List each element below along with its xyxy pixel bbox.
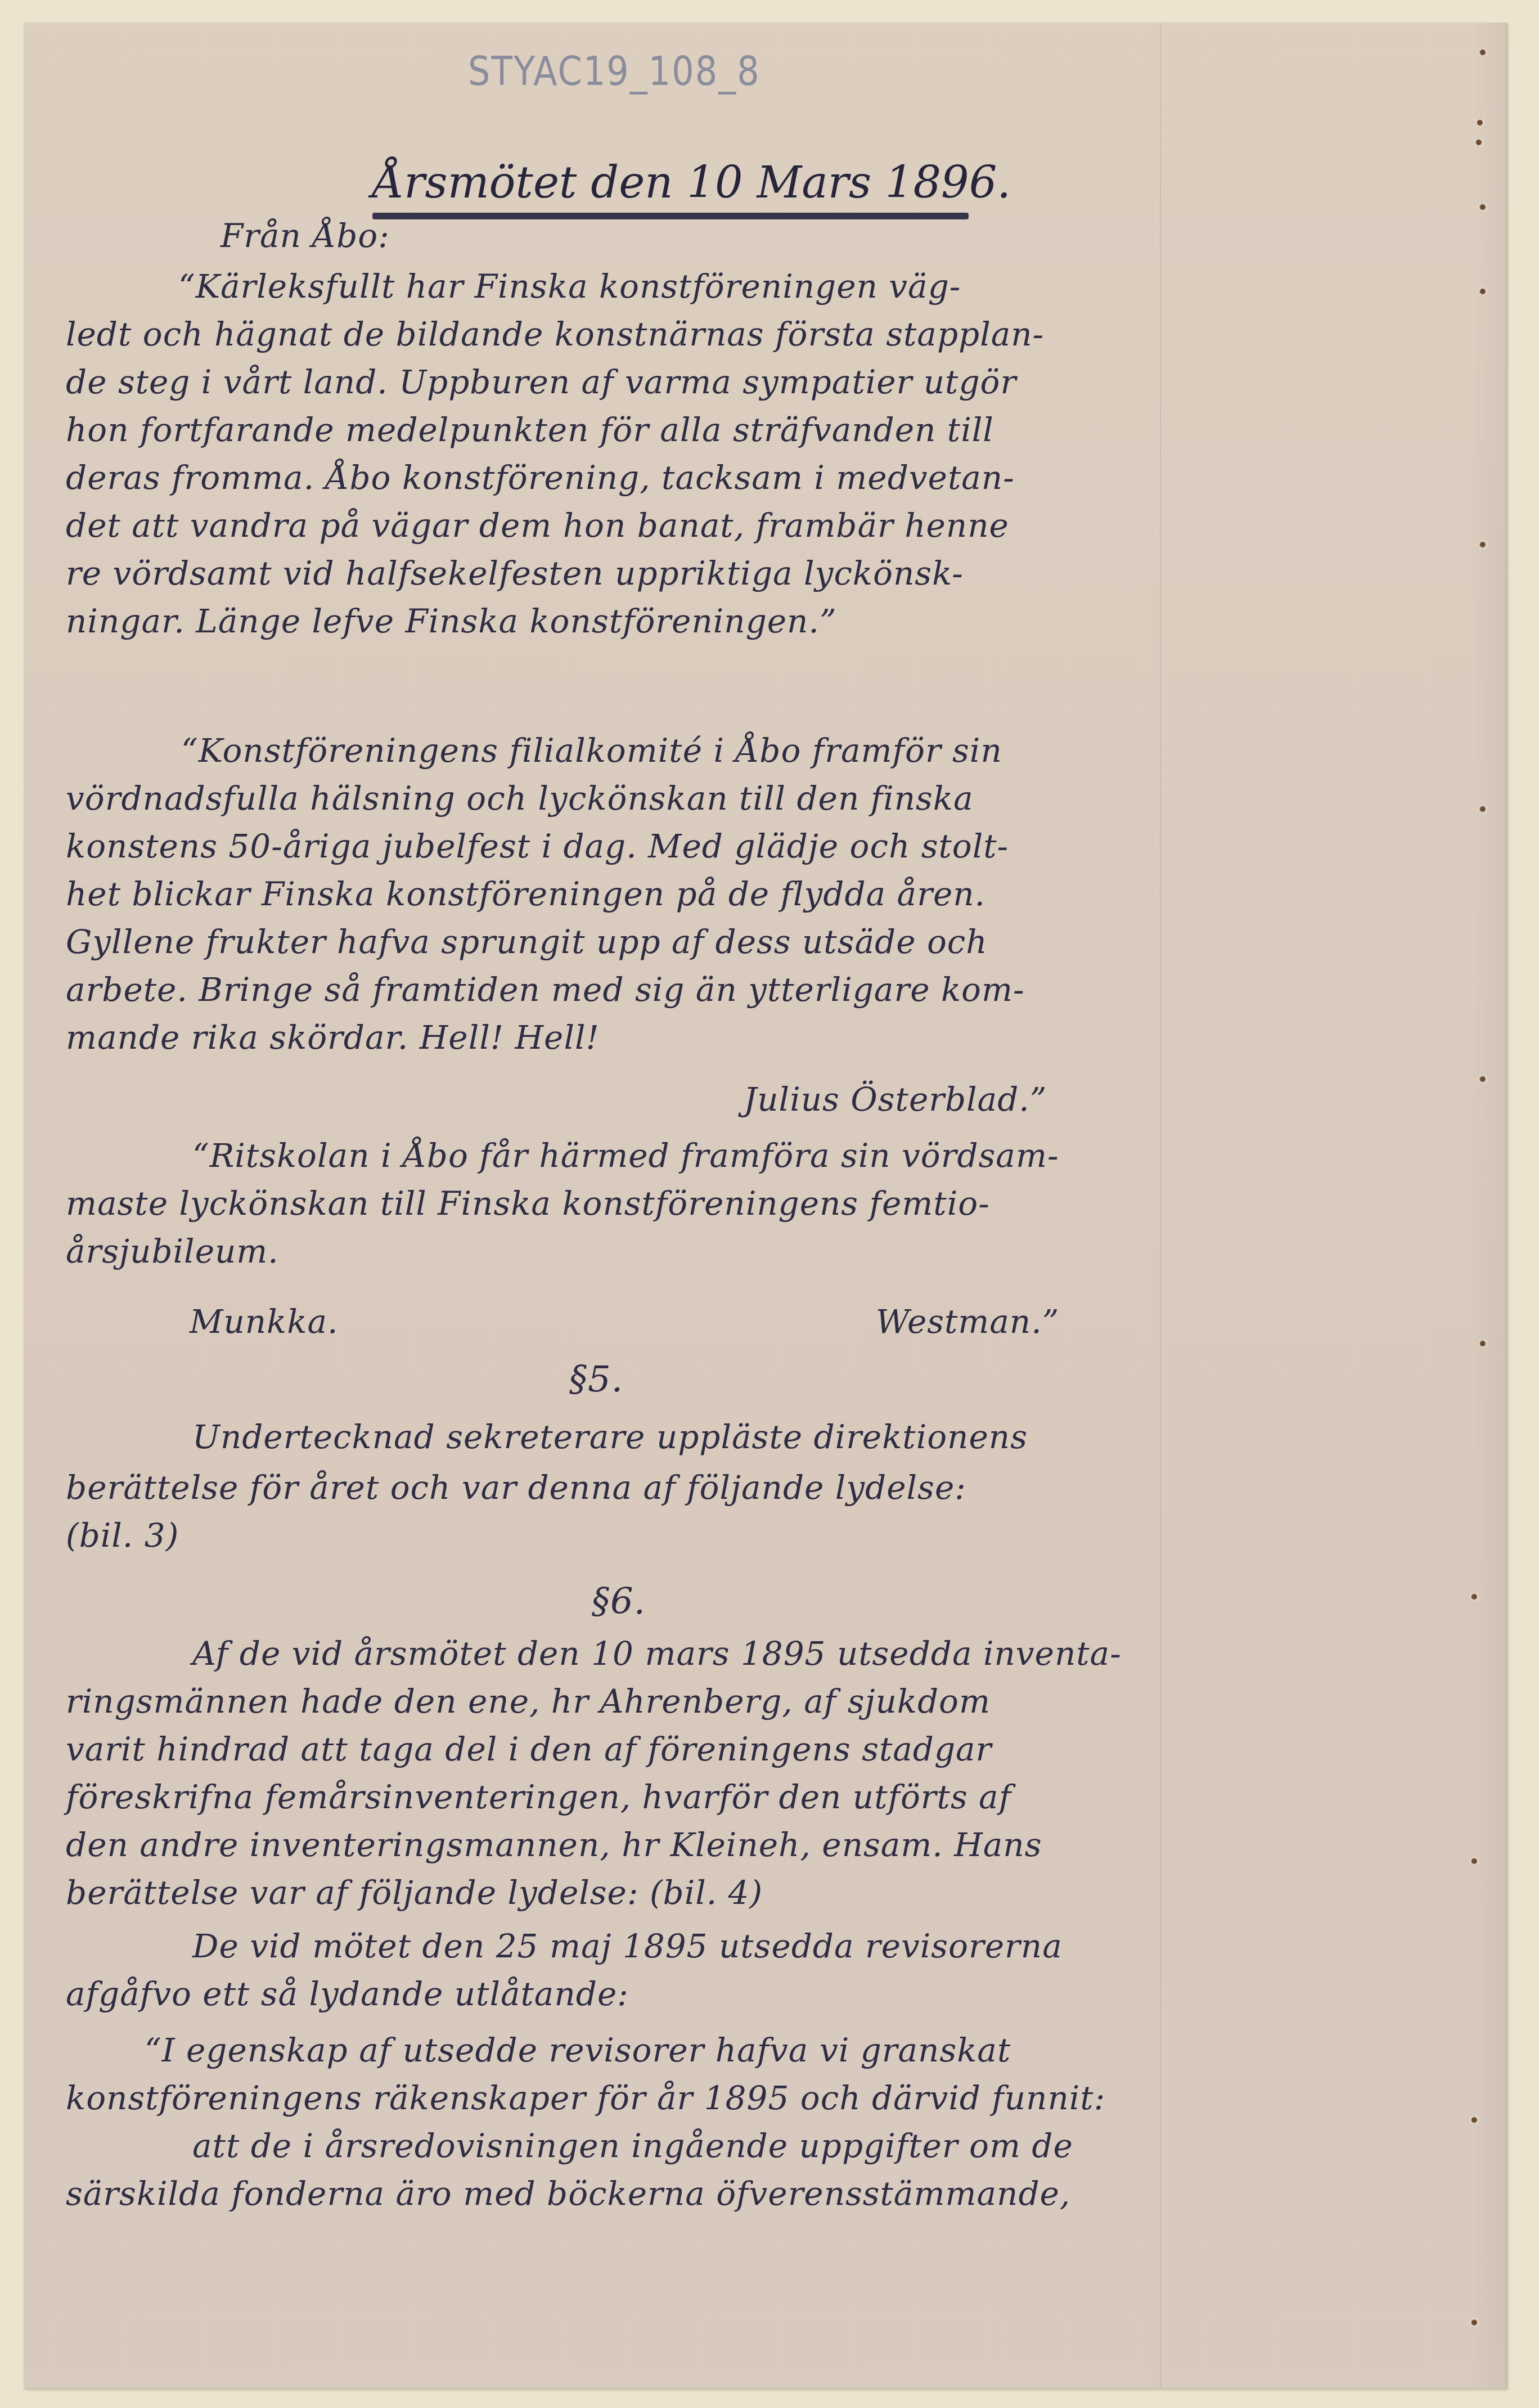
section-6-line: varit hindrad att taga del i den af före… [66,1730,992,1768]
binding-hole-icon [1478,1339,1490,1348]
greeting-1-line: ledt och hägnat de bildande konstnärnas … [66,315,1044,353]
binding-hole-icon [1475,118,1487,127]
section-5-line: Undertecknad sekreterare uppläste direkt… [192,1418,1028,1456]
section-6-line: ringsmännen hade den ene, hr Ahrenberg, … [66,1682,991,1720]
greeting-2-line: vördnadsfulla hälsning och lyckönskan ti… [66,779,974,817]
greeting-3-line: maste lyckönskan till Finska konstföreni… [66,1184,990,1223]
signature-munkka: Munkka. [190,1302,338,1341]
greeting-2-line: konstens 50-åriga jubelfest i dag. Med g… [66,827,1009,865]
section-5-line: berättelse för året och var denna af föl… [66,1468,966,1507]
greeting-1-line: hon fortfarande medelpunkten för alla st… [66,411,994,449]
section-6-line: berättelse var af följande lydelse: (bil… [66,1874,763,1912]
binding-hole-icon [1478,203,1490,212]
section-5-heading: §5. [569,1359,623,1400]
section-6-heading: §6. [592,1581,646,1623]
greeting-1-line: ningar. Länge lefve Finska konstförening… [66,602,837,640]
auditors-quote-line: konstföreningens räkenskaper för år 1895… [66,2079,1105,2117]
page-edge-shadow [1471,23,1505,2388]
greeting-2-line: mande rika skördar. Hell! Hell! [66,1018,600,1057]
auditors-quote-line: “I egenskap af utsedde revisorer hafva v… [145,2031,1011,2069]
auditors-quote-line: att de i årsredovisningen ingående uppgi… [192,2127,1073,2165]
auditors-line: afgåfvo ett så lydande utlåtande: [66,1975,629,2013]
greeting-1-line: det att vandra på vägar dem hon banat, f… [66,506,1009,545]
binding-hole-icon [1478,540,1490,549]
binding-hole-icon [1469,2115,1482,2124]
greeting-1-line: de steg i vårt land. Uppburen af varma s… [66,363,1016,401]
section-6-line: föreskrifna femårsinventeringen, hvarför… [66,1778,1011,1816]
greeting-1-line: “Kärleksfullt har Finska konstföreningen… [178,267,961,306]
binding-hole-icon [1469,1592,1482,1601]
auditors-line: De vid mötet den 25 maj 1895 utsedda rev… [192,1927,1063,1965]
binding-hole-icon [1478,287,1490,296]
greeting-1-line: re vördsamt vid halfsekelfesten upprikti… [66,554,964,592]
auditors-quote-line: särskilda fonderna äro med böckerna öfve… [66,2175,1070,2213]
margin-fold-line [1160,23,1161,2388]
greeting-2-line: “Konstföreningens filialkomité i Åbo fra… [181,731,1002,770]
binding-hole-icon [1469,2318,1482,2327]
manuscript-page: STYAC19_108_8 Årsmötet den 10 Mars 1896.… [24,23,1507,2388]
binding-hole-icon [1478,1075,1490,1084]
greeting-3-line: “Ritskolan i Åbo får härmed framföra sin… [192,1136,1059,1175]
signature-westman: Westman.” [876,1302,1059,1341]
binding-hole-icon [1474,138,1486,147]
greeting-2-line: arbete. Bringe så framtiden med sig än y… [66,971,1025,1009]
signature-osterblad: Julius Österblad.” [744,1080,1047,1118]
title-underline [372,213,969,219]
section-6-line: Af de vid årsmötet den 10 mars 1895 utse… [192,1634,1122,1673]
greeting-3-line: årsjubileum. [66,1232,279,1270]
section-6-line: den andre inventeringsmannen, hr Kleineh… [66,1826,1042,1864]
greeting-2-line: Gyllene frukter hafva sprungit upp af de… [66,923,988,961]
greeting-1-line: deras fromma. Åbo konstförening, tacksam… [66,459,1015,497]
from-line: Från Åbo: [220,217,390,255]
greeting-2-line: het blickar Finska konstföreningen på de… [66,875,985,913]
archive-stamp: STYAC19_108_8 [468,48,760,95]
page-title: Årsmötet den 10 Mars 1896. [372,158,1011,208]
binding-hole-icon [1478,48,1490,57]
binding-hole-icon [1478,805,1490,814]
section-5-attachment-ref: (bil. 3) [66,1516,179,1555]
binding-hole-icon [1469,1857,1482,1866]
